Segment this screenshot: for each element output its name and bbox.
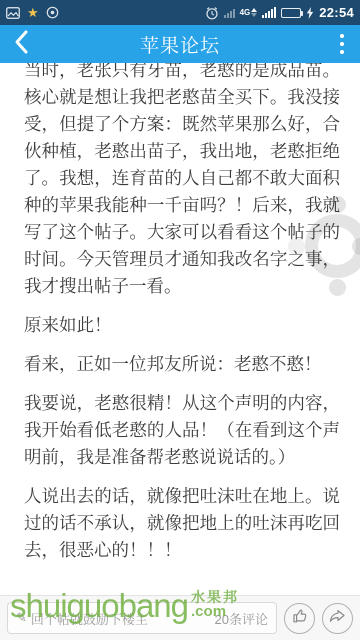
post-paragraph: 原来如此！ [24, 312, 340, 339]
status-bar: ★ 4G 22:54 [0, 0, 360, 25]
star-icon: ★ [27, 6, 39, 19]
charging-bolt-icon [306, 7, 314, 19]
post-body[interactable]: 当时，老张只有牙苗，老憨的是成品苗。核心就是想让我把老憨苗全买下。我没接受，但提… [0, 63, 360, 595]
bottom-bar: ✎ 回个帖就鼓励下楼主 20条评论 [0, 595, 360, 640]
network-4g-icon: 4G [240, 8, 258, 17]
post-paragraph: 我要说，老憨很精！从这个声明的内容，我开始看低老憨的人品！（在看到这个声明前，我… [24, 390, 340, 471]
chevron-left-icon [13, 29, 31, 60]
post-paragraph: 看来，正如一位邦友所说：老憨不憨！ [24, 351, 340, 378]
share-arrow-icon [329, 608, 346, 628]
post-paragraph: 当时，老张只有牙苗，老憨的是成品苗。核心就是想让我把老憨苗全买下。我没接受，但提… [24, 63, 340, 300]
post-paragraph: 人说出去的话，就像把吐沫吐在地上。说过的话不承认，就像把地上的吐沫再吃回去，很恶… [24, 483, 340, 564]
comments-count-link[interactable]: 20条评论 [215, 609, 268, 628]
alarm-icon [205, 6, 219, 20]
back-button[interactable] [0, 25, 44, 63]
signal-weak-icon [224, 7, 235, 18]
app-header: 苹果论坛 [0, 25, 360, 63]
reply-placeholder: 回个帖就鼓励下楼主 [31, 609, 209, 628]
thumbs-up-icon [292, 608, 308, 629]
vertical-dots-icon [340, 34, 344, 54]
network-type-label: 4G [240, 9, 251, 17]
battery-icon [281, 8, 301, 18]
record-icon [46, 6, 59, 19]
menu-button[interactable] [324, 25, 360, 63]
signal-full-icon [262, 7, 276, 18]
gallery-icon [6, 7, 20, 19]
share-button[interactable] [322, 603, 353, 634]
reply-input[interactable]: ✎ 回个帖就鼓励下楼主 20条评论 [7, 602, 277, 634]
pencil-icon: ✎ [16, 610, 27, 626]
like-button[interactable] [284, 603, 315, 634]
page-title: 苹果论坛 [0, 31, 360, 58]
status-time: 22:54 [319, 5, 354, 20]
phone-screen: ★ 4G 22:54 [0, 0, 360, 640]
